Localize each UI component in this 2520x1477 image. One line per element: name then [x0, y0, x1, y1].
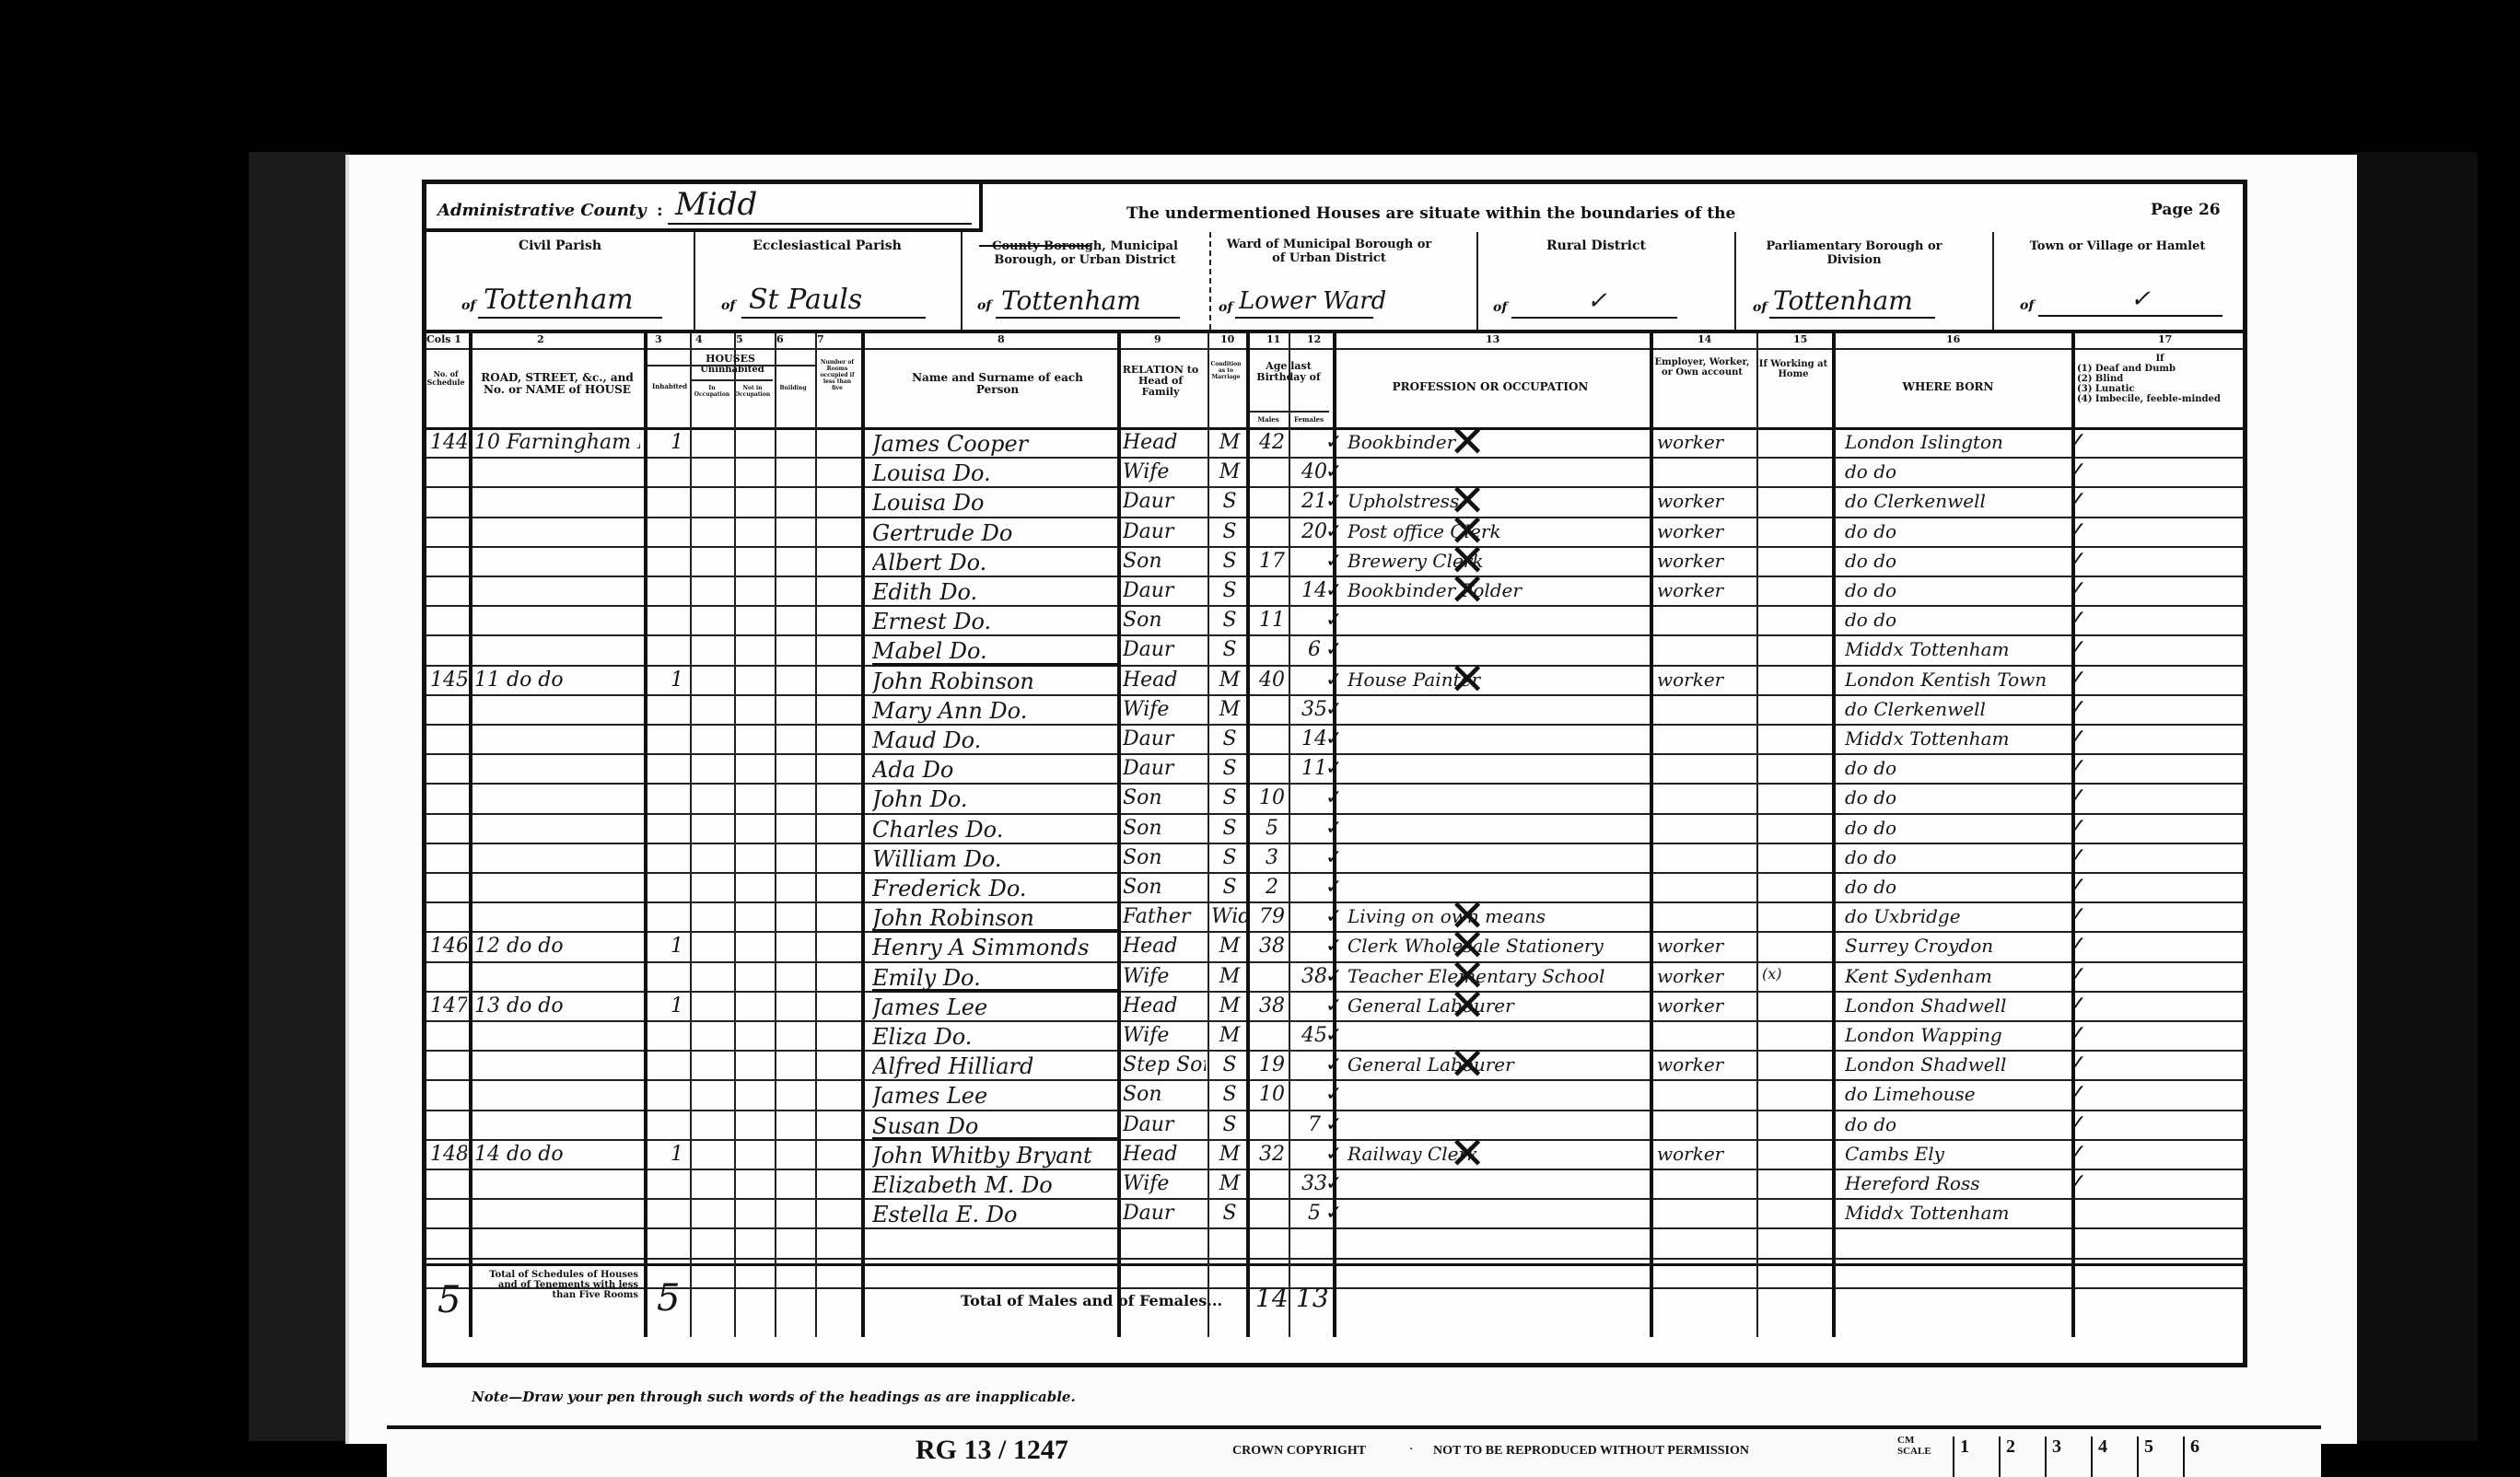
ward-underline: [1235, 317, 1373, 319]
cell-occupation: Post office Clerk: [1347, 520, 1642, 542]
cell-condition: S: [1211, 1113, 1248, 1136]
cell-born: do do: [1845, 609, 2066, 631]
column-divider: [1207, 333, 1209, 1337]
cell-born: do Clerkenwell: [1845, 698, 2066, 720]
cell-relation: Son: [1123, 550, 1206, 573]
cell-condition: S: [1211, 1083, 1248, 1106]
column-number-9: 9: [1154, 333, 1161, 345]
cell-condition: S: [1211, 1053, 1248, 1076]
cell-male-age: 32: [1254, 1143, 1290, 1166]
cell-name: Ada Do: [872, 757, 1115, 783]
cell-born: Middx Tottenham: [1845, 727, 2066, 750]
cell-name: Elizabeth M. Do: [872, 1172, 1115, 1198]
cell-schedule: 148: [430, 1143, 467, 1166]
cell-relation: Daur: [1123, 638, 1206, 661]
cell-relation: Daur: [1123, 579, 1206, 602]
cell-address: 13 do do: [474, 994, 640, 1018]
cell-relation: Wife: [1123, 698, 1206, 721]
cell-condition: S: [1211, 876, 1248, 899]
occupation-cross-mark-icon: ✕: [1449, 1042, 1486, 1087]
column-divider: [1832, 333, 1836, 1337]
ward-field: Ward of Municipal Borough or of Urban Di…: [1209, 232, 1478, 330]
cell-condition: S: [1211, 786, 1248, 809]
cell-born: Middx Tottenham: [1845, 1202, 2066, 1224]
crown-copyright: CROWN COPYRIGHT: [1232, 1444, 1366, 1459]
cell-condition: M: [1211, 431, 1248, 454]
cell-male-age: 11: [1254, 609, 1290, 632]
parliamentary-underline: [1769, 317, 1935, 319]
header-rooms: Number of Rooms occupied if less than fi…: [817, 359, 857, 391]
admin-county-colon: :: [657, 201, 663, 220]
town-village-underline: [2038, 315, 2222, 317]
column-divider: [1333, 333, 1336, 1337]
column-divider: [690, 333, 692, 1337]
cell-employer: worker: [1657, 965, 1749, 987]
rural-district-label: Rural District: [1476, 239, 1716, 253]
cell-condition: S: [1211, 520, 1248, 543]
cell-condition: S: [1211, 609, 1248, 632]
cell-relation: Son: [1123, 1083, 1206, 1106]
scale-mark: 3: [2045, 1436, 2085, 1477]
scale-mark: 5: [2137, 1436, 2177, 1477]
cell-condition: S: [1211, 727, 1248, 750]
rural-district-value: ✓: [1587, 287, 1607, 315]
cell-employer: worker: [1657, 994, 1749, 1017]
cell-name: John Do.: [872, 786, 1115, 812]
cell-employer: worker: [1657, 1053, 1749, 1076]
cell-born: London Islington: [1845, 431, 2066, 453]
cell-inhabited: 1: [668, 935, 686, 958]
ecclesiastical-parish-field: Ecclesiastical Parish of St Pauls: [694, 232, 962, 330]
cell-employer: worker: [1657, 1143, 1749, 1165]
cell-relation: Head: [1123, 669, 1206, 692]
cell-condition: M: [1211, 965, 1248, 988]
cell-condition: M: [1211, 1143, 1248, 1166]
cell-occupation: Clerk Wholesale Stationery: [1347, 935, 1642, 957]
cell-condition: M: [1211, 460, 1248, 483]
cell-name: James Lee: [872, 1083, 1115, 1109]
cell-born: Middx Tottenham: [1845, 638, 2066, 660]
total-inhabited: 5: [657, 1277, 680, 1320]
cell-name: William Do.: [872, 846, 1115, 872]
ecclesiastical-parish-value: St Pauls: [749, 284, 862, 316]
column-number-15: 15: [1793, 333, 1807, 345]
column-divider: [1117, 333, 1121, 1337]
cell-born: do Clerkenwell: [1845, 490, 2066, 512]
cell-male-age: 3: [1254, 846, 1290, 869]
header-employer: Employer, Worker, or Own account: [1651, 357, 1753, 378]
cell-name: Estella E. Do: [872, 1202, 1115, 1227]
cell-born: Kent Sydenham: [1845, 965, 2066, 987]
cell-condition: S: [1211, 638, 1248, 661]
age-divider: [1246, 411, 1329, 413]
total-males-females-label: Total of Males and of Females...: [961, 1292, 1222, 1309]
cell-male-age: 17: [1254, 550, 1290, 573]
column-number-10: 10: [1220, 333, 1234, 345]
cell-born: Surrey Croydon: [1845, 935, 2066, 957]
cell-relation: Step Son: [1123, 1053, 1206, 1076]
civil-parish-field: Civil Parish of Tottenham: [426, 232, 695, 330]
cell-born: Cambs Ely: [1845, 1143, 2066, 1165]
column-divider: [1289, 333, 1290, 1337]
cell-address: 14 do do: [474, 1143, 640, 1166]
column-number-12: 12: [1307, 333, 1321, 345]
cell-relation: Wife: [1123, 460, 1206, 483]
scale-label: CM SCALE: [1897, 1435, 1934, 1457]
header-infirmity-1: (1) Deaf and Dumb: [2077, 364, 2243, 374]
page-number: Page 26: [2151, 201, 2221, 219]
cell-employer: worker: [1657, 669, 1749, 691]
cell-name: Maud Do.: [872, 727, 1115, 753]
cell-born: do do: [1845, 550, 2066, 572]
cell-inhabited: 1: [668, 994, 686, 1018]
cell-relation: Daur: [1123, 1202, 1206, 1225]
cell-name: John Whitby Bryant: [872, 1143, 1115, 1169]
column-number-1: Cols 1: [426, 333, 461, 345]
column-number-17: 17: [2158, 333, 2172, 345]
cell-name: Albert Do.: [872, 550, 1115, 576]
cell-employer: worker: [1657, 431, 1749, 453]
header-condition: Condition as to Marriage: [1207, 361, 1244, 380]
column-divider: [469, 333, 472, 1337]
civil-parish-prefix: of: [461, 298, 475, 313]
rural-district-underline: [1511, 317, 1677, 319]
cell-born: do do: [1845, 520, 2066, 542]
parliamentary-prefix: of: [1753, 300, 1767, 315]
cell-name: Mabel Do.: [872, 638, 1115, 664]
borough-label: County Borough, Municipal Borough, or Ur…: [979, 239, 1191, 267]
cell-born: London Shadwell: [1845, 994, 2066, 1017]
parliamentary-field: Parliamentary Borough or Division of Tot…: [1734, 232, 1994, 330]
cell-relation: Head: [1123, 935, 1206, 958]
cell-born: do do: [1845, 876, 2066, 898]
header-name: Name and Surname of each Person: [905, 372, 1090, 396]
scale-mark: 2: [1999, 1436, 2039, 1477]
column-number-2: 2: [537, 333, 544, 345]
cell-name: Henry A Simmonds: [872, 935, 1115, 960]
cell-born: do do: [1845, 460, 2066, 483]
cell-occupation: Living on own means: [1347, 905, 1642, 927]
town-village-label: Town or Village or Hamlet: [1992, 239, 2243, 253]
cell-occupation: Railway Clerk: [1347, 1143, 1642, 1165]
cell-at-home: (x): [1762, 965, 1826, 983]
cell-condition: Wid: [1211, 905, 1248, 928]
cell-employer: worker: [1657, 935, 1749, 957]
column-number-13: 13: [1486, 333, 1499, 345]
column-divider: [2071, 333, 2075, 1337]
column-divider: [775, 333, 776, 1337]
admin-county-underline: [668, 223, 972, 225]
cell-relation: Daur: [1123, 1113, 1206, 1136]
header-road: ROAD, STREET, &c., and No. or NAME of HO…: [474, 372, 640, 396]
admin-county-label: Administrative County: [437, 201, 647, 220]
scale-mark: 6: [2183, 1436, 2223, 1477]
cell-male-age: 5: [1254, 817, 1290, 840]
column-number-8: 8: [997, 333, 1005, 345]
archive-reference: RG 13 / 1247: [916, 1435, 1068, 1466]
cell-employer: worker: [1657, 520, 1749, 542]
cell-relation: Daur: [1123, 490, 1206, 513]
cell-relation: Wife: [1123, 965, 1206, 988]
column-divider: [734, 333, 736, 1337]
column-number-11: 11: [1266, 333, 1280, 345]
cell-name: Emily Do.: [872, 965, 1115, 991]
header-inhabited: Inhabited: [649, 383, 690, 390]
cell-name: Susan Do: [872, 1113, 1115, 1139]
cell-name: Ernest Do.: [872, 609, 1115, 634]
cell-relation: Wife: [1123, 1172, 1206, 1195]
header-males: Males: [1250, 414, 1287, 425]
cell-name: Alfred Hilliard: [872, 1053, 1115, 1079]
column-number-7: 7: [817, 333, 824, 345]
admin-county-box: Administrative County : Midd: [426, 184, 983, 232]
column-number-14: 14: [1697, 333, 1711, 345]
ecclesiastical-parish-underline: [741, 317, 926, 319]
cell-occupation: Upholstress: [1347, 490, 1642, 512]
cell-relation: Head: [1123, 431, 1206, 454]
cell-condition: S: [1211, 579, 1248, 602]
cell-male-age: 42: [1254, 431, 1290, 454]
cell-male-age: 38: [1254, 994, 1290, 1018]
column-number-5: 5: [736, 333, 743, 345]
civil-parish-value: Tottenham: [484, 284, 634, 316]
cell-address: 12 do do: [474, 935, 640, 958]
uninhabited-divider: [690, 379, 773, 381]
header-infirmity-list: If (1) Deaf and Dumb (2) Blind (3) Lunat…: [2077, 354, 2243, 404]
footer-separator: ·: [1409, 1442, 1413, 1457]
cell-born: Hereford Ross: [1845, 1172, 2066, 1194]
ward-prefix: of: [1219, 300, 1232, 315]
header-in-occupation: In Occupation: [694, 385, 730, 398]
cell-schedule: 147: [430, 994, 467, 1018]
parliamentary-label: Parliamentary Borough or Division: [1753, 239, 1955, 267]
header-relation: RELATION to Head of Family: [1119, 365, 1202, 398]
cell-inhabited: 1: [668, 431, 686, 454]
column-divider: [1246, 333, 1250, 1337]
archive-footer: RG 13 / 1247 CROWN COPYRIGHT · NOT TO BE…: [387, 1425, 2321, 1477]
cell-condition: M: [1211, 935, 1248, 958]
cell-condition: S: [1211, 846, 1248, 869]
cell-name: John Robinson: [872, 905, 1115, 931]
cell-occupation: General Labourer: [1347, 994, 1642, 1017]
cell-born: do do: [1845, 1113, 2066, 1135]
cell-condition: S: [1211, 817, 1248, 840]
cell-relation: Father: [1123, 905, 1206, 928]
cell-condition: M: [1211, 698, 1248, 721]
column-divider: [1650, 333, 1653, 1337]
cell-born: London Shadwell: [1845, 1053, 2066, 1076]
header-occupation: PROFESSION OR OCCUPATION: [1338, 381, 1642, 392]
borough-prefix: of: [977, 298, 991, 313]
header-at-home: If Working at Home: [1758, 359, 1828, 379]
ward-label: Ward of Municipal Borough or of Urban Di…: [1219, 238, 1440, 265]
boundaries-row: Civil Parish of Tottenham Ecclesiastical…: [426, 232, 2243, 333]
column-divider: [1756, 333, 1758, 1337]
column-number-6: 6: [776, 333, 784, 345]
cell-relation: Head: [1123, 1143, 1206, 1166]
cell-born: do do: [1845, 757, 2066, 779]
cell-name: James Cooper: [872, 431, 1115, 457]
cell-relation: Son: [1123, 876, 1206, 899]
cell-occupation: House Painter: [1347, 669, 1642, 691]
preamble-text: The undermentioned Houses are situate wi…: [1126, 204, 1735, 223]
header-infirmity-if: If: [2077, 354, 2243, 364]
header-infirmity-3: (3) Lunatic: [2077, 384, 2243, 394]
cell-condition: M: [1211, 1024, 1248, 1047]
ecclesiastical-parish-prefix: of: [721, 298, 735, 313]
scale-mark: 4: [2091, 1436, 2131, 1477]
cell-name: Louisa Do.: [872, 460, 1115, 486]
cell-male-age: 19: [1254, 1053, 1290, 1076]
cell-born: do do: [1845, 579, 2066, 601]
form-note: Note—Draw your pen through such words of…: [472, 1389, 1076, 1405]
cell-relation: Son: [1123, 609, 1206, 632]
total-schedules-label: Total of Schedules of Houses and of Tene…: [476, 1270, 638, 1300]
column-number-4: 4: [695, 333, 703, 345]
cell-name: John Robinson: [872, 669, 1115, 694]
cell-condition: S: [1211, 490, 1248, 513]
houses-divider: [647, 365, 817, 366]
cell-schedule: 145: [430, 669, 467, 692]
admin-county-value: Midd: [675, 186, 757, 223]
scan-backdrop-left: [249, 152, 350, 1441]
town-village-field: Town or Village or Hamlet of ✓: [1992, 232, 2243, 330]
total-schedules-count: 5: [437, 1279, 461, 1321]
cell-condition: S: [1211, 550, 1248, 573]
occupation-cross-mark-icon: ✕: [1449, 568, 1486, 612]
cell-born: do do: [1845, 846, 2066, 868]
civil-parish-label: Civil Parish: [426, 239, 694, 253]
column-divider: [861, 333, 865, 1337]
total-males: 14: [1255, 1283, 1289, 1313]
cell-born: do do: [1845, 817, 2066, 839]
occupation-cross-mark-icon: ✕: [1449, 420, 1486, 464]
cell-male-age: 2: [1254, 876, 1290, 899]
cell-occupation: Brewery Clerk: [1347, 550, 1642, 572]
cell-employer: worker: [1657, 490, 1749, 512]
cell-inhabited: 1: [668, 1143, 686, 1166]
cell-relation: Daur: [1123, 727, 1206, 750]
cell-born: do Limehouse: [1845, 1083, 2066, 1105]
header-schedule: No. of Schedule: [426, 370, 465, 387]
cell-name: Edith Do.: [872, 579, 1115, 605]
rural-district-prefix: of: [1493, 300, 1507, 315]
cell-employer: worker: [1657, 550, 1749, 572]
occupation-cross-mark-icon: ✕: [1449, 983, 1486, 1028]
cell-male-age: 79: [1254, 905, 1290, 928]
header-where-born: WHERE BORN: [1837, 381, 2059, 392]
county-borough-strikethrough: [979, 245, 1090, 247]
civil-parish-underline: [478, 317, 662, 319]
cell-occupation: General Labourer: [1347, 1053, 1642, 1076]
header-females: Females: [1290, 414, 1327, 425]
cell-born: London Wapping: [1845, 1024, 2066, 1046]
town-village-value: ✓: [2130, 285, 2151, 313]
cell-name: Frederick Do.: [872, 876, 1115, 901]
cell-male-age: 40: [1254, 669, 1290, 692]
cell-name: Mary Ann Do.: [872, 698, 1115, 724]
borough-field: County Borough, Municipal Borough, or Ur…: [961, 232, 1211, 330]
scale-mark: 1: [1953, 1436, 1993, 1477]
town-village-prefix: of: [2020, 298, 2034, 313]
cell-schedule: 146: [430, 935, 467, 958]
column-divider: [644, 333, 647, 1337]
borough-value: Tottenham: [1001, 285, 1141, 316]
cell-occupation: Teacher Elementary School: [1347, 965, 1642, 987]
census-form: Administrative County : Midd The underme…: [422, 180, 2247, 1367]
occupation-cross-mark-icon: ✕: [1449, 657, 1486, 702]
cell-address: 11 do do: [474, 669, 640, 692]
rural-district-field: Rural District of ✓: [1476, 232, 1736, 330]
cell-occupation: Bookbinder Folder: [1347, 579, 1642, 601]
cell-relation: Head: [1123, 994, 1206, 1018]
header-infirmity-4: (4) Imbecile, feeble-minded: [2077, 394, 2243, 404]
column-number-16: 16: [1946, 333, 1960, 345]
cell-male-age: 10: [1254, 1083, 1290, 1106]
cell-inhabited: 1: [668, 669, 686, 692]
cell-condition: M: [1211, 1172, 1248, 1195]
cell-schedule: 144: [430, 431, 467, 454]
cell-address: 10 Farningham Rd: [474, 431, 640, 454]
cell-male-age: 10: [1254, 786, 1290, 809]
cell-name: Louisa Do: [872, 490, 1115, 516]
header-infirmity-2: (2) Blind: [2077, 374, 2243, 384]
cell-relation: Son: [1123, 786, 1206, 809]
header-building: Building: [775, 385, 811, 391]
header-not-in-occupation: Not in Occupation: [734, 385, 771, 398]
cell-male-age: 38: [1254, 935, 1290, 958]
occupation-cross-mark-icon: ✕: [1449, 1132, 1486, 1176]
cell-relation: Son: [1123, 817, 1206, 840]
ward-value: Lower Ward: [1239, 287, 1386, 315]
cell-born: London Kentish Town: [1845, 669, 2066, 691]
cell-condition: M: [1211, 994, 1248, 1018]
column-divider: [815, 333, 817, 1337]
cell-born: do do: [1845, 786, 2066, 808]
ecclesiastical-parish-label: Ecclesiastical Parish: [694, 239, 961, 253]
cell-name: Gertrude Do: [872, 520, 1115, 546]
cell-name: Charles Do.: [872, 817, 1115, 843]
cell-relation: Son: [1123, 846, 1206, 869]
cell-relation: Daur: [1123, 757, 1206, 780]
cell-relation: Daur: [1123, 520, 1206, 543]
borough-underline: [996, 317, 1180, 319]
reproduction-restriction: NOT TO BE REPRODUCED WITHOUT PERMISSION: [1433, 1444, 1749, 1459]
cell-employer: worker: [1657, 579, 1749, 601]
parliamentary-value: Tottenham: [1773, 285, 1913, 316]
cell-occupation: Bookbinder: [1347, 431, 1642, 453]
cell-name: James Lee: [872, 994, 1115, 1020]
cell-condition: M: [1211, 669, 1248, 692]
cell-condition: S: [1211, 1202, 1248, 1225]
cell-relation: Wife: [1123, 1024, 1206, 1047]
cell-born: do Uxbridge: [1845, 905, 2066, 927]
cell-name: Eliza Do.: [872, 1024, 1115, 1050]
scan-backdrop-right: [2353, 152, 2478, 1441]
column-number-3: 3: [655, 333, 662, 345]
cell-condition: S: [1211, 757, 1248, 780]
total-females: 13: [1296, 1283, 1329, 1313]
